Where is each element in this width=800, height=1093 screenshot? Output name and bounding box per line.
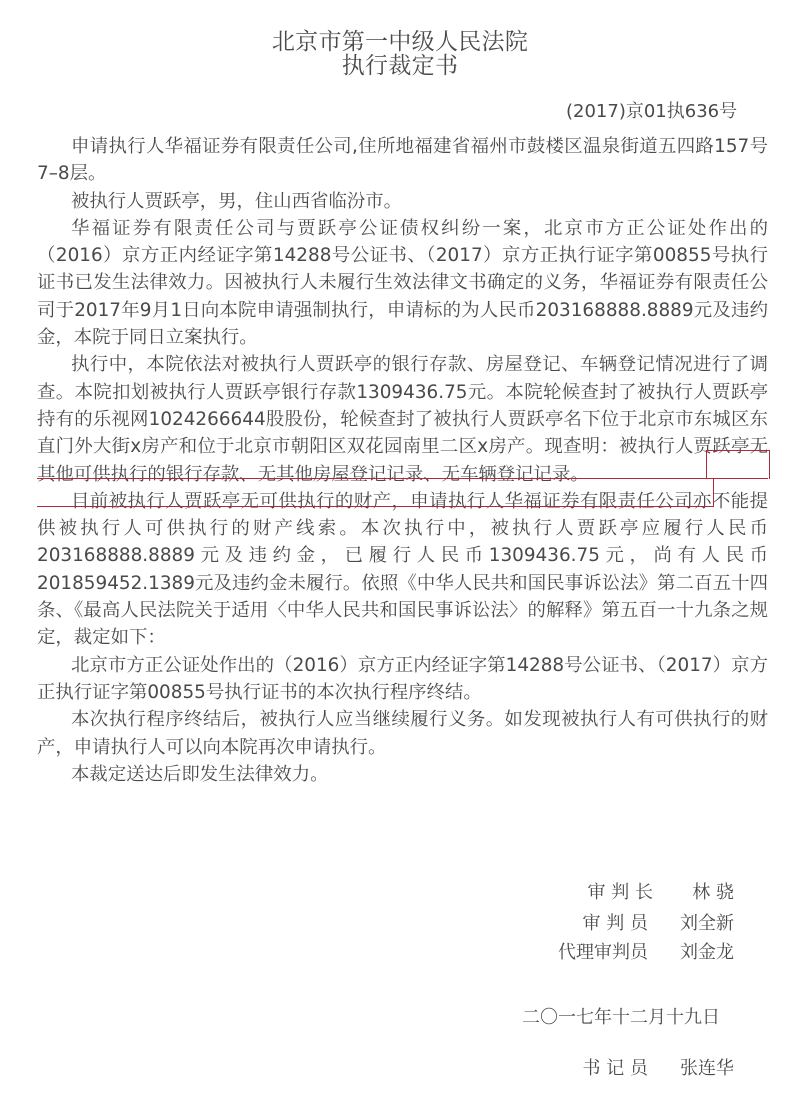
presiding-judge-name: 林 骁 [654,881,734,905]
paragraph-continuing-obligation: 本次执行程序终结后，被执行人应当继续履行义务。如发现被执行人有可供执行的财产，申… [37,706,768,761]
ruling-body: 申请执行人华福证券有限责任公司,住所地福建省福州市鼓楼区温泉街道五四路157号7… [37,133,768,788]
paragraph-case-background: 华福证券有限责任公司与贾跃亭公证债权纠纷一案，北京市方正公证处作出的（2016）… [37,215,768,351]
acting-judge-name: 刘金龙 [654,941,734,965]
case-number: (2017)京01执636号 [566,100,737,124]
judge-name: 刘全新 [654,912,734,936]
presiding-judge-role: 审 判 长 [523,881,653,905]
document-type: 执行裁定书 [0,54,800,78]
paragraph-effect: 本裁定送达后即发生法律效力。 [37,761,768,788]
clerk-role: 书 记 员 [518,1057,648,1081]
clerk-name: 张连华 [654,1057,734,1081]
court-name: 北京市第一中级人民法院 [0,30,800,54]
ruling-date: 二〇一七年十二月十九日 [522,1006,720,1030]
paragraph-ruling: 北京市方正公证处作出的（2016）京方正内经证字第14288号公证书、（2017… [37,652,768,707]
acting-judge-role: 代理审判员 [518,941,648,965]
paragraph-applicant: 申请执行人华福证券有限责任公司,住所地福建省福州市鼓楼区温泉街道五四路157号7… [37,133,768,188]
judge-role: 审 判 员 [518,912,648,936]
paragraph-findings: 目前被执行人贾跃亭无可供执行的财产，申请执行人华福证券有限责任公司亦不能提供被执… [37,488,768,652]
paragraph-respondent: 被执行人贾跃亭，男，住山西省临汾市。 [37,188,768,215]
paragraph-investigation: 执行中，本院依法对被执行人贾跃亭的银行存款、房屋登记、车辆登记情况进行了调查。本… [37,351,768,487]
